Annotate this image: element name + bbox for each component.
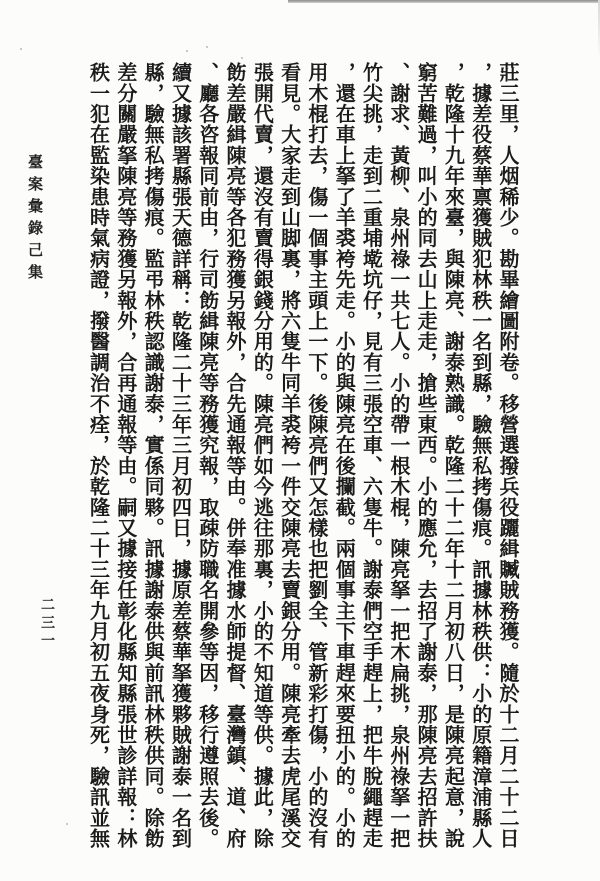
text-column-16: 秩一犯在監染患時氣病證，撥醫調治不痊，於乾隆二十三年九月初五夜身死，驗訊並無 [84,62,111,848]
text-column-15: 差分關嚴拏陳亮等務獲另報外，合再通報等由。嗣又據接任彰化縣知縣張世診詳報：林 [112,62,139,848]
scan-speck [241,57,243,59]
text-column-10: 張開代賣，還沒有賣得銀錢分用的。陳亮們如今逃往那裏，小的不知道等供。據此，除 [248,62,275,848]
scan-speck [206,46,208,48]
text-column-7: ，還在車上拏了羊裘袴先走。小的與陳亮在後攔截。兩個事主下車趕來要扭小的。小的 [330,62,357,848]
text-column-5: 、謝求、黃柳、泉州祿一共七人。小的帶一根木棍，陳亮拏一把木扁挑，泉州祿拏一把 [385,62,412,848]
text-column-3: ，乾隆十九年來臺，與陳亮、謝泰熟識。乾隆二十二年十二月初八日，是陳亮起意，說 [439,62,466,848]
text-column-2: ，據差役蔡華禀獲賊犯林秩一名到縣，驗無私拷傷痕。訊據林秩供：小的原籍漳浦縣人 [466,62,493,848]
text-column-12: 、廳各咨報同前由，行司飭緝陳亮等務獲究報，取疎防職名開參等因，移行遵照去後。 [193,62,220,848]
text-column-14: 縣，驗無私拷傷痕。監弔林秩認識謝泰，實係同夥。訊據謝泰供與前訊林秩供同。除飭 [139,62,166,848]
text-column-4: 窮苦難過，叫小的同去山上走走，搶些東西。小的應允，去招了謝泰，那陳亮去招許扶 [412,62,439,848]
spine-title: 臺案彙錄己集 [25,154,46,286]
text-column-8: 用木棍打去，傷一個事主頭上一下。後陳亮們又怎樣也把劉全、管新彩打傷，小的沒有 [303,62,330,848]
scan-speck [20,48,22,50]
text-column-1: 莊三里，人烟稀少。勘畢繪圖附卷。移營選撥兵役躧緝贓賊務獲。隨於十二月二十二日 [494,62,521,848]
scan-speck [186,50,188,52]
text-column-6: 竹尖挑，走到二重埔墘坑仔，見有三張空車、六隻牛。謝泰們空手趕上，把牛脫繩趕走 [357,62,384,848]
text-column-13: 續又據該署縣張天德詳稱：乾隆二十三年三月初四日，據原差蔡華拏獲夥賊謝泰一名到 [166,62,193,848]
scan-speck [283,822,285,824]
main-text-block: 莊三里，人烟稀少。勘畢繪圖附卷。移營選撥兵役躧緝贓賊務獲。隨於十二月二十二日 ，… [84,62,521,848]
page-number: 二三一 [37,597,57,651]
scan-speck [66,823,68,825]
scan-artifact-top-edge [288,0,600,3]
text-column-11: 飭差嚴緝陳亮等各犯務獲另報外，合先通報等由。併奉准據水師提督、臺灣鎮、道、府 [221,62,248,848]
text-column-9: 看見。大家走到山脚裏，將六隻牛同羊裘袴一件交陳亮去賣銀分用。陳亮牽去虎尾溪交 [275,62,302,848]
scanned-book-page: 莊三里，人烟稀少。勘畢繪圖附卷。移營選撥兵役躧緝贓賊務獲。隨於十二月二十二日 ，… [0,0,600,881]
